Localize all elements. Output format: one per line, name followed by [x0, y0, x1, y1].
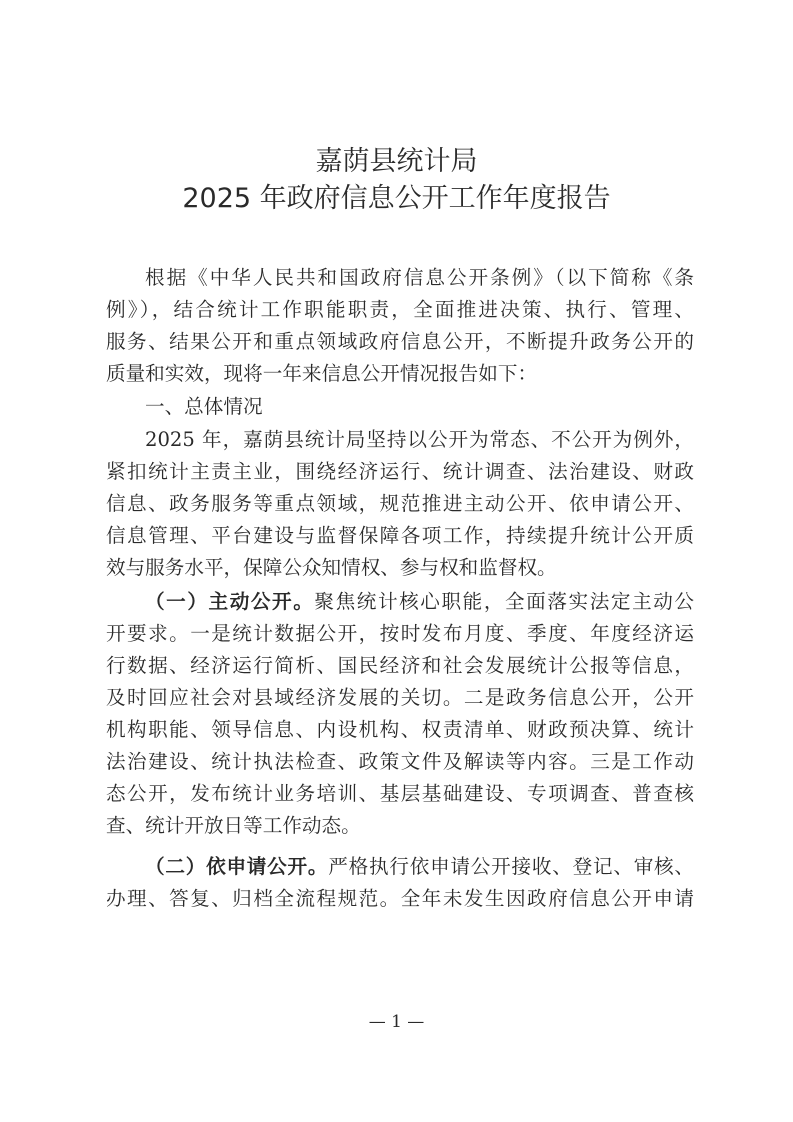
active-disclosure-line-6: 法治建设、统计执法检查、政策文件及解读等内容。三是工作动: [106, 746, 694, 778]
intro-line-3: 服务、结果公开和重点领域政府信息公开，不断提升政务公开的: [106, 326, 694, 358]
request-disclosure-line-2: 办理、答复、归档全流程规范。全年未发生因政府信息公开申请: [106, 883, 694, 915]
subsection-active-disclosure-text: 聚焦统计核心职能，全面落实法定主动公: [314, 590, 694, 613]
subsection-label-request-disclosure: （二）依申请公开。: [145, 855, 328, 878]
overview-line-1: 2025 年，嘉荫县统计局坚持以公开为常态、不公开为例外，: [145, 424, 694, 456]
page-number: — 1 —: [0, 1010, 793, 1034]
active-disclosure-line-7: 态公开，发布统计业务培训、基层基础建设、专项调查、普查核: [106, 778, 694, 810]
active-disclosure-line-3: 行数据、经济运行简析、国民经济和社会发展统计公报等信息，: [106, 650, 694, 682]
intro-line-1: 根据《中华人民共和国政府信息公开条例》（以下简称《条: [145, 262, 694, 294]
overview-line-2: 紧扣统计主责主业，围绕经济运行、统计调查、法治建设、财政: [106, 456, 694, 488]
subsection-active-disclosure-first-line: （一）主动公开。聚焦统计核心职能，全面落实法定主动公: [145, 586, 694, 618]
subsection-request-disclosure-first-line: （二）依申请公开。严格执行依申请公开接收、登记、审核、: [145, 851, 694, 883]
intro-line-4: 质量和实效，现将一年来信息公开情况报告如下：: [106, 358, 694, 390]
active-disclosure-line-4: 及时回应社会对县域经济发展的关切。二是政务信息公开，公开: [106, 682, 694, 714]
subsection-label-active-disclosure: （一）主动公开。: [145, 590, 314, 613]
document-page: 嘉荫县统计局 2025 年政府信息公开工作年度报告 根据《中华人民共和国政府信息…: [0, 0, 793, 1122]
overview-line-3: 信息、政务服务等重点领域，规范推进主动公开、依申请公开、: [106, 488, 694, 520]
section-heading-overview: 一、总体情况: [145, 391, 263, 423]
subsection-request-disclosure-text: 严格执行依申请公开接收、登记、审核、: [328, 855, 694, 878]
document-title-report: 2025 年政府信息公开工作年度报告: [0, 183, 793, 215]
document-title-organization: 嘉荫县统计局: [0, 146, 793, 178]
active-disclosure-line-8: 查、统计开放日等工作动态。: [106, 810, 694, 842]
overview-line-5: 效与服务水平，保障公众知情权、参与权和监督权。: [106, 552, 694, 584]
active-disclosure-line-2: 开要求。一是统计数据公开，按时发布月度、季度、年度经济运: [106, 618, 694, 650]
intro-line-2: 例》），结合统计工作职能职责，全面推进决策、执行、管理、: [106, 294, 694, 326]
active-disclosure-line-5: 机构职能、领导信息、内设机构、权责清单、财政预决算、统计: [106, 714, 694, 746]
overview-line-4: 信息管理、平台建设与监督保障各项工作，持续提升统计公开质: [106, 520, 694, 552]
